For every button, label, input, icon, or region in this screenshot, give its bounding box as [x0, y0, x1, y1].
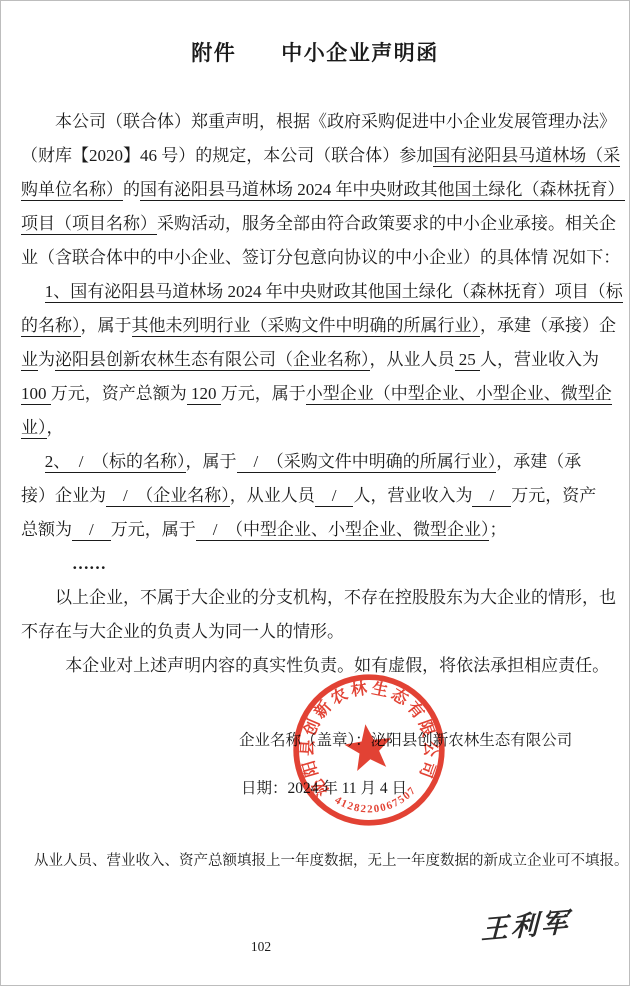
document-line: （财库【2020】46 号）的规定，本公司（联合体）参加国有泌阳县马道林场（采	[21, 139, 613, 173]
underlined-text: 100	[21, 384, 51, 405]
underlined-text: 1、国有泌阳县马道林场 2024 年中央财政其他国土绿化（森林抚育）项目（标	[45, 282, 623, 303]
stamp-star-icon	[342, 721, 395, 772]
document-line: 接）企业为 / （企业名称），从业人员 / 人，营业收入为 / 万元，资产	[21, 479, 613, 513]
underlined-text: 业	[21, 350, 38, 371]
document-line: 2、 / （标的名称），属于 / （采购文件中明确的所属行业），承建（承	[21, 445, 613, 479]
document-body: 本公司（联合体）郑重声明，根据《政府采购促进中小企业发展管理办法》（财库【202…	[21, 105, 613, 683]
text-segment: 万元，属于	[221, 384, 306, 403]
underlined-text: 泌阳县创新农林生态有限公司（企业名称）	[55, 350, 370, 371]
underlined-text: /	[472, 486, 511, 507]
underlined-text: 25	[455, 350, 481, 371]
underlined-text: / （中型企业、小型企业、微型企业）	[196, 520, 490, 541]
text-segment: ，	[47, 418, 64, 437]
text-segment: 人，营业收入为	[353, 486, 472, 505]
text-segment: 接）企业为	[21, 486, 106, 505]
company-seal-stamp-icon: 泌阳县创新农林生态有限公司 4128220067507	[281, 662, 457, 838]
footer-note: 从业人员、营业收入、资产总额填报上一年度数据，无上一年度数据的新成立企业可不填报…	[34, 849, 629, 870]
text-segment: 万元，资产总额为	[51, 384, 187, 403]
text-segment: ，承建（承	[496, 452, 581, 471]
underlined-text: /	[72, 520, 111, 541]
underlined-text: 国有泌阳县马道林场 2024 年中央财政其他国土绿化（森林抚育）	[140, 180, 625, 201]
text-segment: 总额为	[21, 520, 72, 539]
document-line: 1、国有泌阳县马道林场 2024 年中央财政其他国土绿化（森林抚育）项目（标	[21, 275, 613, 309]
underlined-text: 2、 / （标的名称）	[45, 452, 186, 473]
underlined-text: 业）	[21, 418, 47, 439]
text-segment: 人，营业收入为	[480, 350, 599, 369]
text-segment: ；	[489, 520, 506, 539]
text-segment: ，从业人员	[230, 486, 315, 505]
document-line: 购单位名称）的国有泌阳县马道林场 2024 年中央财政其他国土绿化（森林抚育）	[21, 173, 613, 207]
text-segment: 万元，资产	[511, 486, 596, 505]
document-line: 项目（项目名称）采购活动，服务全部由符合政策要求的中小企业承接。相关企	[21, 207, 613, 241]
underlined-text: 购单位名称）	[21, 180, 123, 201]
text-segment: ，承建（承接）企	[480, 316, 616, 335]
underlined-text: 小型企业（中型企业、小型企业、微型企	[306, 384, 612, 405]
underlined-text: / （采购文件中明确的所属行业）	[237, 452, 497, 473]
text-segment: ，属于	[186, 452, 237, 471]
page-number: 102	[241, 939, 281, 955]
text-segment: 的	[123, 180, 140, 199]
document-title: 附件 中小企业声明函	[1, 37, 629, 67]
document-line: 的名称），属于其他未列明行业（采购文件中明确的所属行业），承建（承接）企	[21, 309, 613, 343]
text-segment: （财库【2020】46 号）的规定，本公司（联合体）参加	[21, 146, 433, 165]
text-segment: ，属于	[81, 316, 132, 335]
stamp-code-text: 4128220067507	[331, 783, 421, 821]
document-line: 业），	[21, 411, 613, 445]
underlined-text: /	[315, 486, 354, 507]
document-line: 总额为 / 万元，属于 / （中型企业、小型企业、微型企业）；	[21, 513, 613, 547]
handwritten-signature: 王利军	[481, 900, 571, 947]
text-segment: 业（含联合体中的中小企业、签订分包意向协议的中小企业）的具体情 况如下：	[21, 248, 620, 267]
svg-text:4128220067507: 4128220067507	[331, 783, 421, 821]
document-line: 100 万元，资产总额为 120 万元，属于小型企业（中型企业、小型企业、微型企	[21, 377, 613, 411]
text-segment: 以上企业，不属于大企业的分支机构，不存在控股股东为大企业的情形，也	[55, 588, 616, 607]
document-line: 业（含联合体中的中小企业、签订分包意向协议的中小企业）的具体情 况如下：	[21, 241, 613, 275]
document-line: 业为泌阳县创新农林生态有限公司（企业名称），从业人员 25 人，营业收入为	[21, 343, 613, 377]
underlined-text: 120	[187, 384, 221, 405]
text-segment: 采购活动，服务全部由符合政策要求的中小企业承接。相关企	[157, 214, 616, 233]
document-line: 不存在与大企业的负责人为同一人的情形。	[21, 615, 613, 649]
document-line: ……	[21, 547, 613, 581]
underlined-text: 的名称）	[21, 316, 81, 337]
document-line: 本公司（联合体）郑重声明，根据《政府采购促进中小企业发展管理办法》	[21, 105, 613, 139]
underlined-text: 国有泌阳县马道林场（采	[433, 146, 620, 167]
text-segment: 为	[38, 350, 55, 369]
text-segment: 本企业对上述声明内容的真实性负责。如有虚假，将依法承担相应责任。	[65, 656, 609, 675]
underlined-text: / （企业名称）	[106, 486, 230, 507]
text-segment: 不存在与大企业的负责人为同一人的情形。	[21, 622, 344, 641]
text-segment: ……	[72, 554, 106, 573]
text-segment: 本公司（联合体）郑重声明，根据《政府采购促进中小企业发展管理办法》	[55, 112, 616, 131]
underlined-text: 其他未列明行业（采购文件中明确的所属行业）	[132, 316, 481, 337]
underlined-text: 项目（项目名称）	[21, 214, 157, 235]
document-line: 以上企业，不属于大企业的分支机构，不存在控股股东为大企业的情形，也	[21, 581, 613, 615]
declaration-document-page: 附件 中小企业声明函 本公司（联合体）郑重声明，根据《政府采购促进中小企业发展管…	[0, 0, 630, 986]
text-segment: 万元，属于	[111, 520, 196, 539]
text-segment: ，从业人员	[370, 350, 455, 369]
